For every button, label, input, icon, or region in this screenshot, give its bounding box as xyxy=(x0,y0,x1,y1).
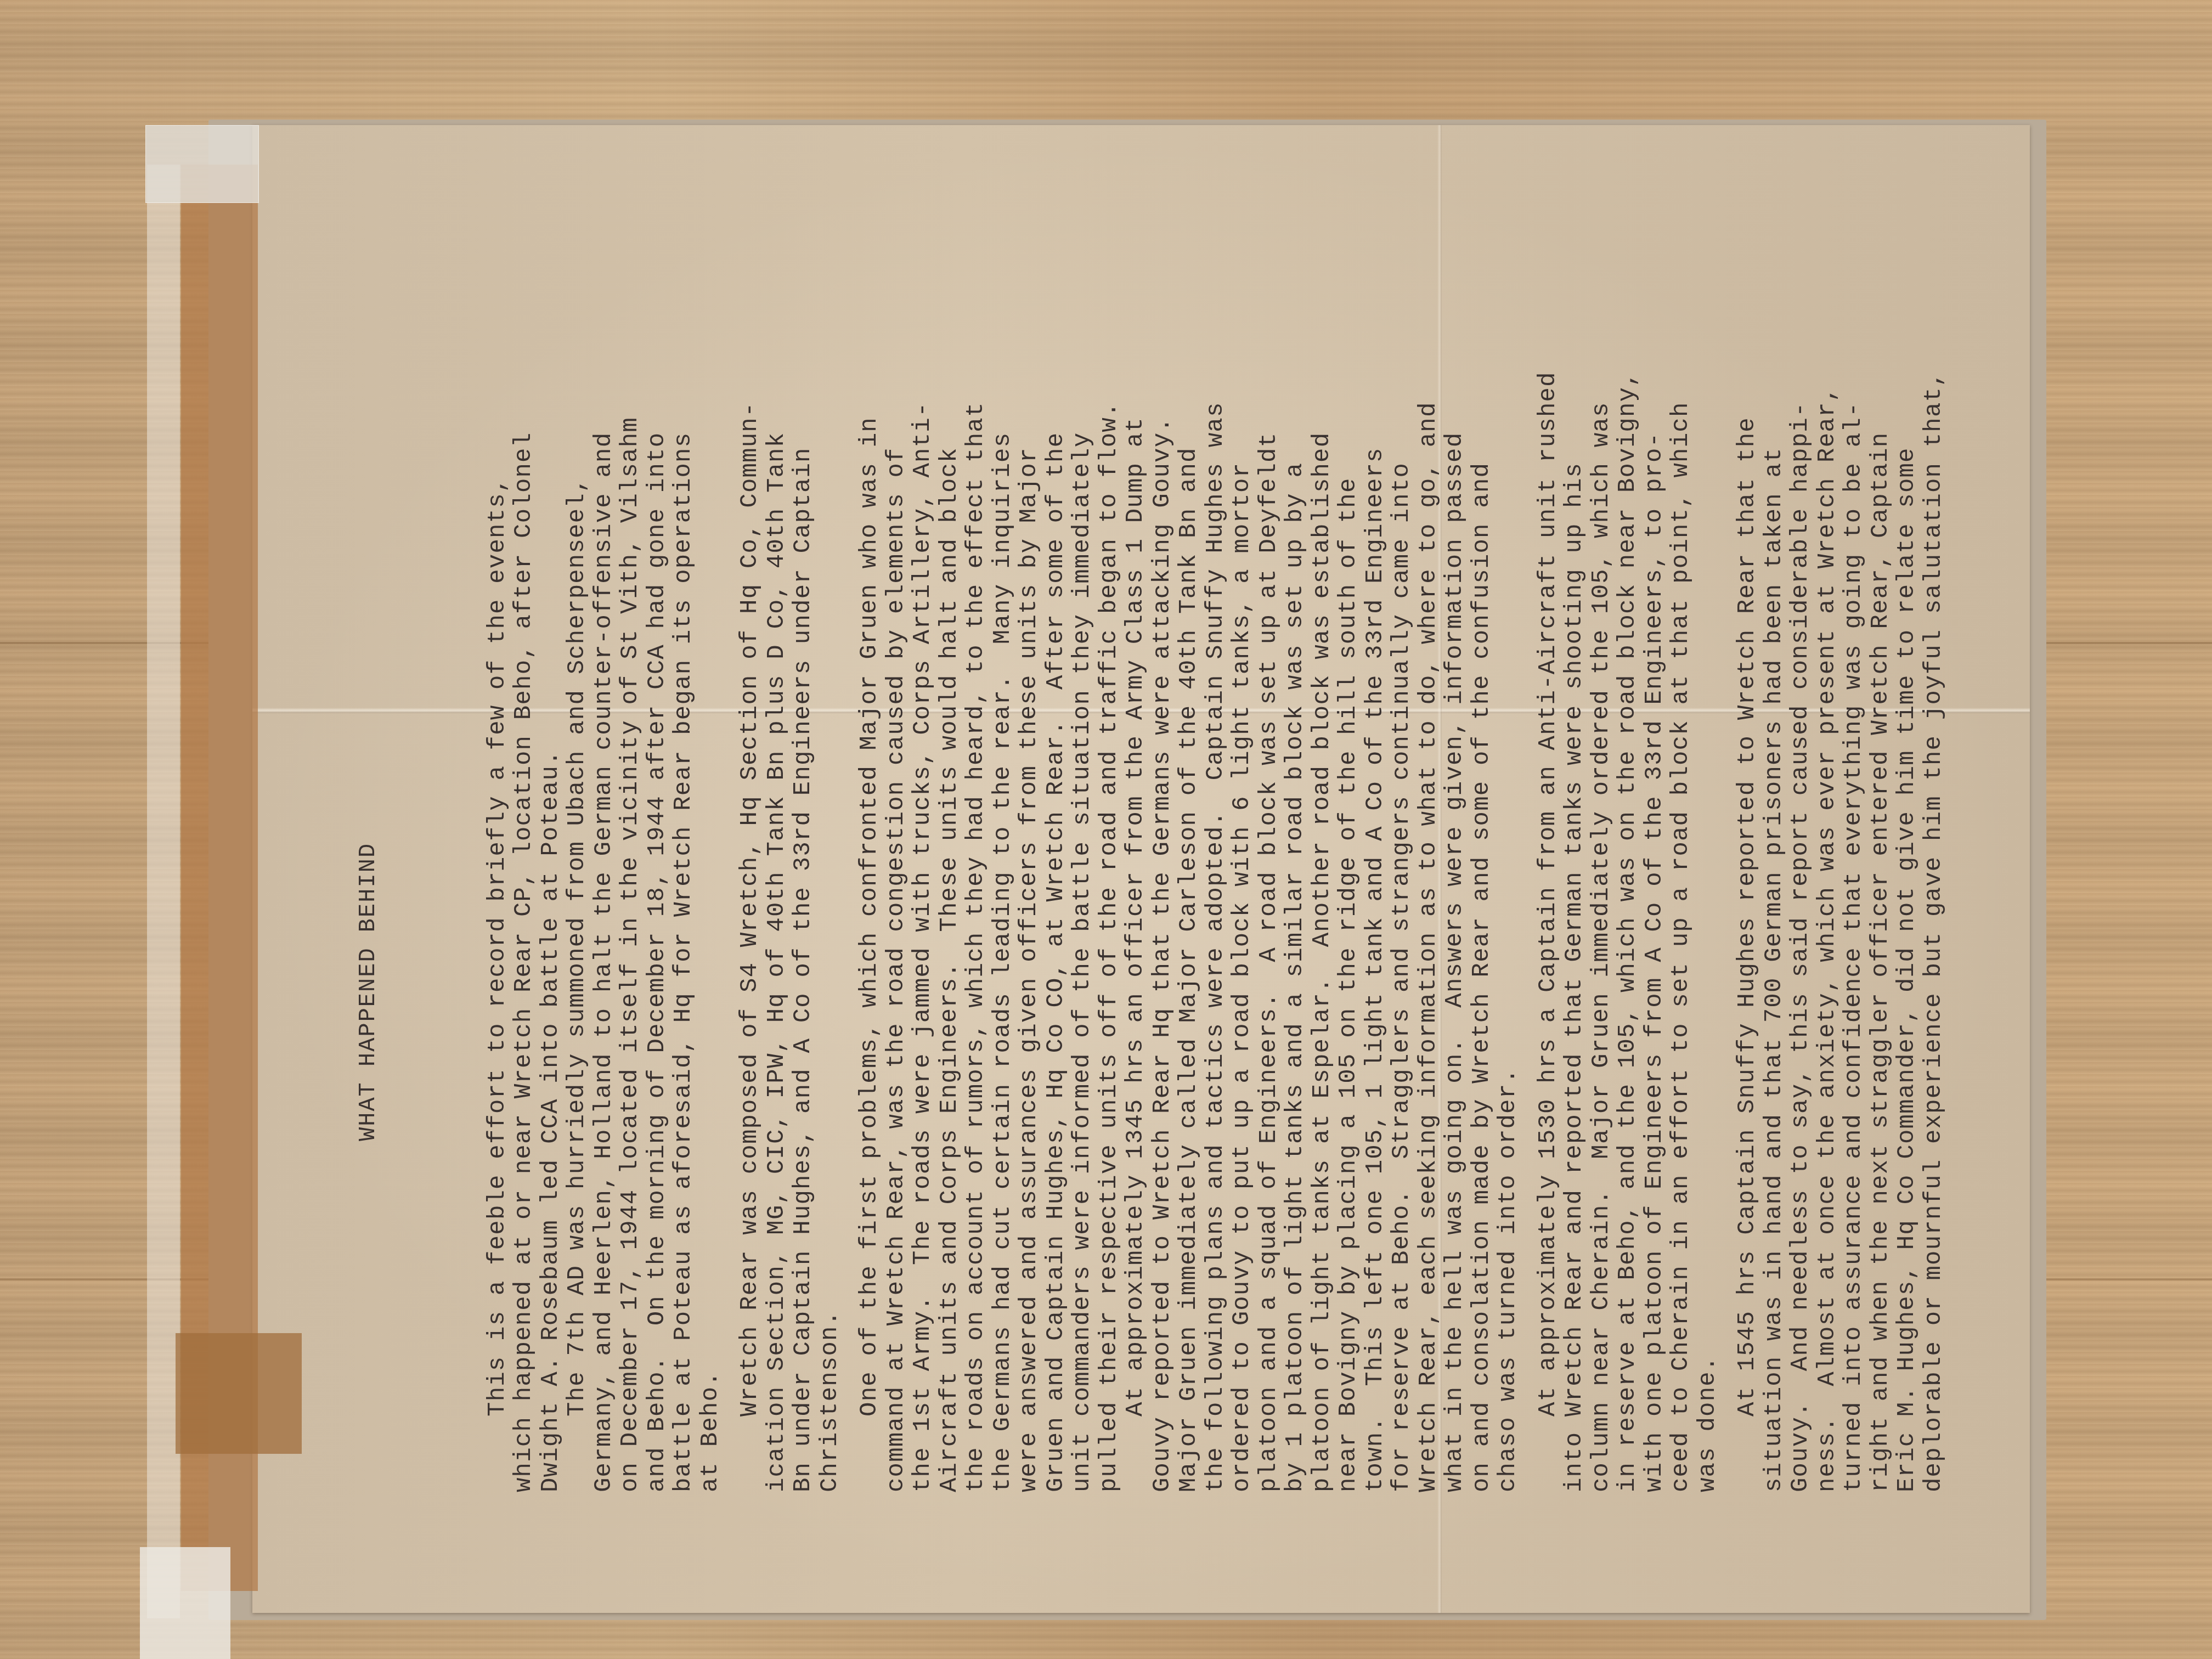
paragraph: One of the first problems, which confron… xyxy=(856,165,1522,1492)
text-line: One of the first problems, which confron… xyxy=(856,165,883,1492)
text-line: ness. Almost at once the anxiety, which … xyxy=(1814,165,1841,1492)
text-line: the Germans had cut certain roads leadin… xyxy=(990,165,1017,1492)
text-line: were answered and assurances given offic… xyxy=(1016,165,1043,1492)
text-line: turned into assurance and confidence tha… xyxy=(1841,165,1867,1492)
text-line: right and when the next straggler office… xyxy=(1867,165,1894,1492)
paragraph-gap xyxy=(724,165,737,1492)
text-line: This is a feeble effort to record briefl… xyxy=(484,165,511,1492)
text-line: deplorable or mournful experience but ga… xyxy=(1921,165,1948,1492)
text-line: At 1545 hrs Captain Snuffy Hughes report… xyxy=(1734,165,1761,1492)
text-line: ication Section, MG, CIC, IPW, Hq of 40t… xyxy=(764,165,791,1492)
text-line: chaso was turned into order. xyxy=(1495,165,1522,1492)
text-line: town. This left one 105, 1 light tank an… xyxy=(1362,165,1389,1492)
text-line: platoon and a squad of Engineers. A road… xyxy=(1256,165,1283,1492)
text-line: Bn under Captain Hughes, and A Co of the… xyxy=(790,165,817,1492)
text-line: Aircraft units and Corps Engineers. Thes… xyxy=(936,165,963,1492)
text-line: column near Cherain. Major Gruen immedia… xyxy=(1588,165,1615,1492)
paragraph: Wretch Rear was composed of S4 Wretch, H… xyxy=(737,165,843,1492)
paragraph: At 1545 hrs Captain Snuffy Hughes report… xyxy=(1734,165,1947,1492)
text-line: at Beho. xyxy=(697,165,724,1492)
text-line: what in the hell was going on. Answers w… xyxy=(1442,165,1469,1492)
text-line: the following plans and tactics were ado… xyxy=(1203,165,1229,1492)
text-line: battle at Poteau as aforesaid, Hq for Wr… xyxy=(670,165,697,1492)
typed-text-block: WHAT HAPPENED BEHIND This is a feeble ef… xyxy=(302,165,1942,1492)
text-line: pulled their respective units off of the… xyxy=(1096,165,1123,1492)
text-line: by 1 platoon of light tanks and a simila… xyxy=(1282,165,1309,1492)
text-line: for reserve at Beho. Stragglers and stra… xyxy=(1389,165,1415,1492)
text-line: Dwight A. Rosebaum led CCA into battle a… xyxy=(538,165,565,1492)
text-line: near Bovigny by placing a 105 on the rid… xyxy=(1335,165,1362,1492)
text-line: Wretch Rear, each seeking information as… xyxy=(1415,165,1442,1492)
text-line: Eric M. Hughes, Hq Co Commander, did not… xyxy=(1894,165,1921,1492)
clear-tape-strip xyxy=(147,165,180,1618)
text-line: Gruen and Captain Hughes, Hq Co CO, at W… xyxy=(1043,165,1070,1492)
text-line: platoon of light tanks at Espelar. Anoth… xyxy=(1309,165,1336,1492)
text-line: was done. xyxy=(1695,165,1722,1492)
paragraph-gap xyxy=(843,165,856,1492)
document-title: WHAT HAPPENED BEHIND xyxy=(355,165,382,1492)
text-line: At approximately 1530 hrs a Captain from… xyxy=(1535,165,1562,1492)
text-line: unit commanders were informed of the bat… xyxy=(1069,165,1096,1492)
paragraph: At approximately 1530 hrs a Captain from… xyxy=(1535,165,1722,1492)
paragraph-gap xyxy=(1522,165,1535,1492)
text-line: Gouvy reported to Wretch Rear Hq that th… xyxy=(1149,165,1176,1492)
paragraph-gap xyxy=(1721,165,1734,1492)
text-line: Major Gruen immediately called Major Car… xyxy=(1176,165,1203,1492)
text-line: the 1st Army. The roads were jammed with… xyxy=(910,165,936,1492)
text-line: Christenson. xyxy=(817,165,844,1492)
text-line: command at Wretch Rear, was the road con… xyxy=(883,165,910,1492)
paragraph: This is a feeble effort to record briefl… xyxy=(484,165,724,1492)
tape-tab-top xyxy=(145,125,259,203)
text-line: Gouvy. And needless to say, this said re… xyxy=(1787,165,1814,1492)
text-line: the roads on account of rumors, which th… xyxy=(963,165,990,1492)
text-line: into Wretch Rear and reported that Germa… xyxy=(1561,165,1588,1492)
text-line: ordered to Gouvy to put up a road block … xyxy=(1229,165,1256,1492)
text-line: The 7th AD was hurriedly summoned from U… xyxy=(564,165,591,1492)
text-line: and Beho. On the morning of December 18,… xyxy=(644,165,671,1492)
text-line: with one platoon of Engineers from A Co … xyxy=(1641,165,1668,1492)
text-line: on and consolation made by Wretch Rear a… xyxy=(1469,165,1496,1492)
text-line: ceed to Cherain in an effort to set up a… xyxy=(1668,165,1695,1492)
tape-tab-middle xyxy=(176,1333,302,1454)
text-line: on December 17, 1944 located itself in t… xyxy=(617,165,644,1492)
text-line: situation was in hand and that 700 Germa… xyxy=(1761,165,1788,1492)
text-line: in reserve at Beho, and the 105, which w… xyxy=(1615,165,1641,1492)
document-body: This is a feeble effort to record briefl… xyxy=(484,165,1948,1492)
text-line: which happened at or near Wretch Rear CP… xyxy=(511,165,538,1492)
text-line: Germany, and Heerlen, Holland to halt th… xyxy=(591,165,618,1492)
tape-tab-bottom xyxy=(140,1547,230,1659)
text-line: At approximately 1345 hrs an officer fro… xyxy=(1122,165,1149,1492)
text-line: Wretch Rear was composed of S4 Wretch, H… xyxy=(737,165,764,1492)
